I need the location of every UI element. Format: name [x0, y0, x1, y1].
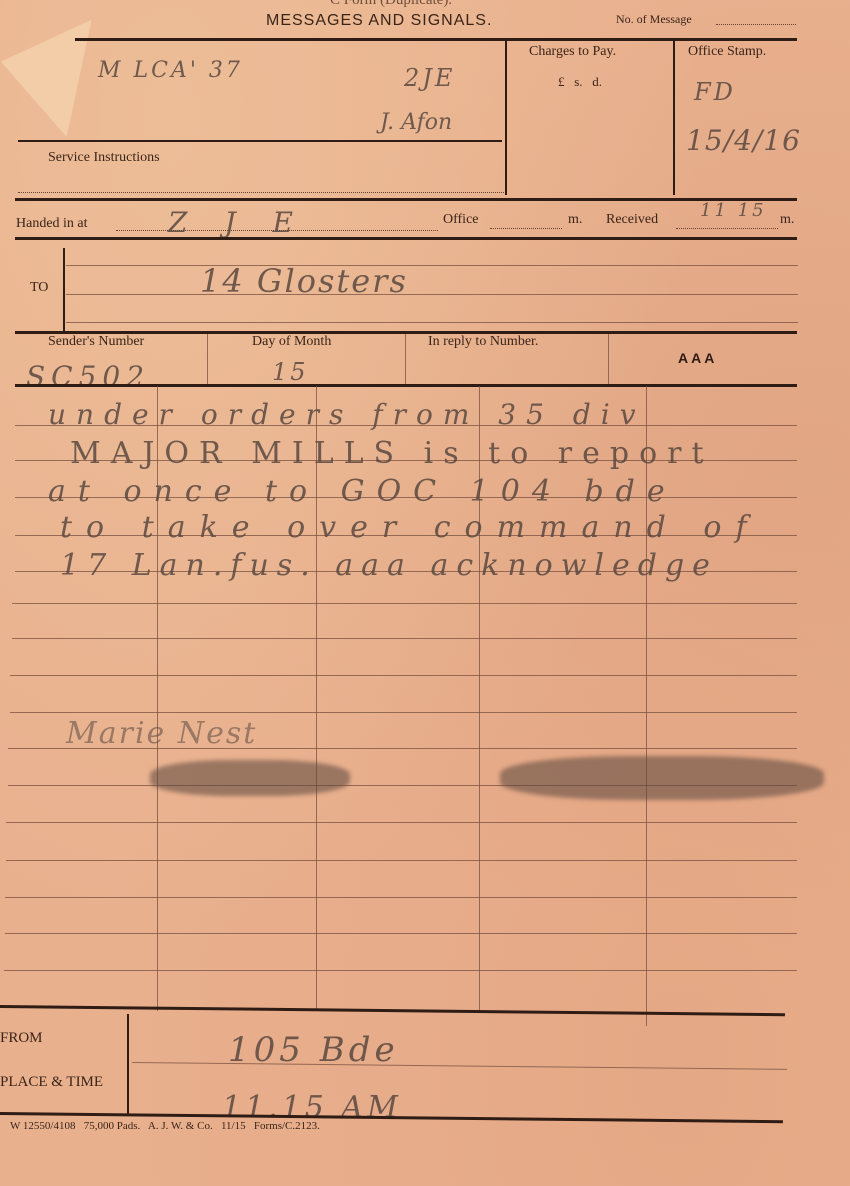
- to-value: 14 Glosters: [200, 262, 408, 300]
- handed-in-label: Handed in at: [16, 216, 88, 232]
- senders-number-value: SC502: [26, 360, 150, 393]
- signature-note: Marie Nest: [66, 716, 257, 751]
- in-reply-label: In reply to Number.: [428, 334, 538, 350]
- redacted-scribble-right: [500, 756, 824, 800]
- day-of-month-label: Day of Month: [252, 334, 331, 350]
- folded-corner: [0, 3, 92, 137]
- redacted-scribble-left: [150, 760, 350, 796]
- operator-initials: J. Afon: [380, 110, 452, 135]
- prefix-code: M LCA' 37: [98, 58, 243, 83]
- printer-imprint: W 12550/4108 75,000 Pads. A. J. W. & Co.…: [10, 1120, 320, 1132]
- message-line-3: at once to GOC 104 bde: [48, 474, 677, 509]
- received-label: Received: [606, 212, 658, 228]
- form-type-partial: C Form (Duplicate).: [330, 0, 452, 9]
- message-line-5: 17 Lan.fus. aaa acknowledge: [60, 548, 718, 583]
- received-time: 11 15: [700, 200, 767, 221]
- m-label-2: m.: [780, 212, 794, 228]
- to-label: TO: [30, 280, 48, 296]
- senders-number-label: Sender's Number: [48, 334, 144, 350]
- call-sign: 2JE: [404, 64, 455, 92]
- m-label-1: m.: [568, 212, 582, 228]
- from-value: 105 Bde: [228, 1030, 399, 1070]
- message-line-4: to take over command of: [60, 510, 761, 545]
- day-of-month-value: 15: [272, 358, 309, 386]
- message-line-2: MAJOR MILLS is to report: [70, 436, 714, 471]
- currency-labels: £ s. d.: [558, 74, 602, 90]
- no-of-message-field[interactable]: [716, 24, 796, 25]
- place-time-label: PLACE & TIME: [0, 1074, 103, 1091]
- handed-in-value: Z J E: [168, 206, 307, 239]
- from-label: FROM: [0, 1030, 43, 1047]
- office-stamp-label: Office Stamp.: [688, 44, 766, 60]
- stamp-code: FD: [694, 78, 736, 106]
- aaa-label: AAA: [678, 350, 717, 366]
- stamp-date: 15/4/16: [686, 124, 801, 157]
- no-of-message-label: No. of Message: [616, 12, 692, 27]
- office-label: Office: [443, 212, 479, 228]
- form-title: MESSAGES AND SIGNALS.: [266, 12, 492, 30]
- message-line-1: under orders from 35 div: [48, 398, 646, 431]
- charges-label: Charges to Pay.: [529, 44, 616, 60]
- service-instructions-label: Service Instructions: [48, 150, 160, 166]
